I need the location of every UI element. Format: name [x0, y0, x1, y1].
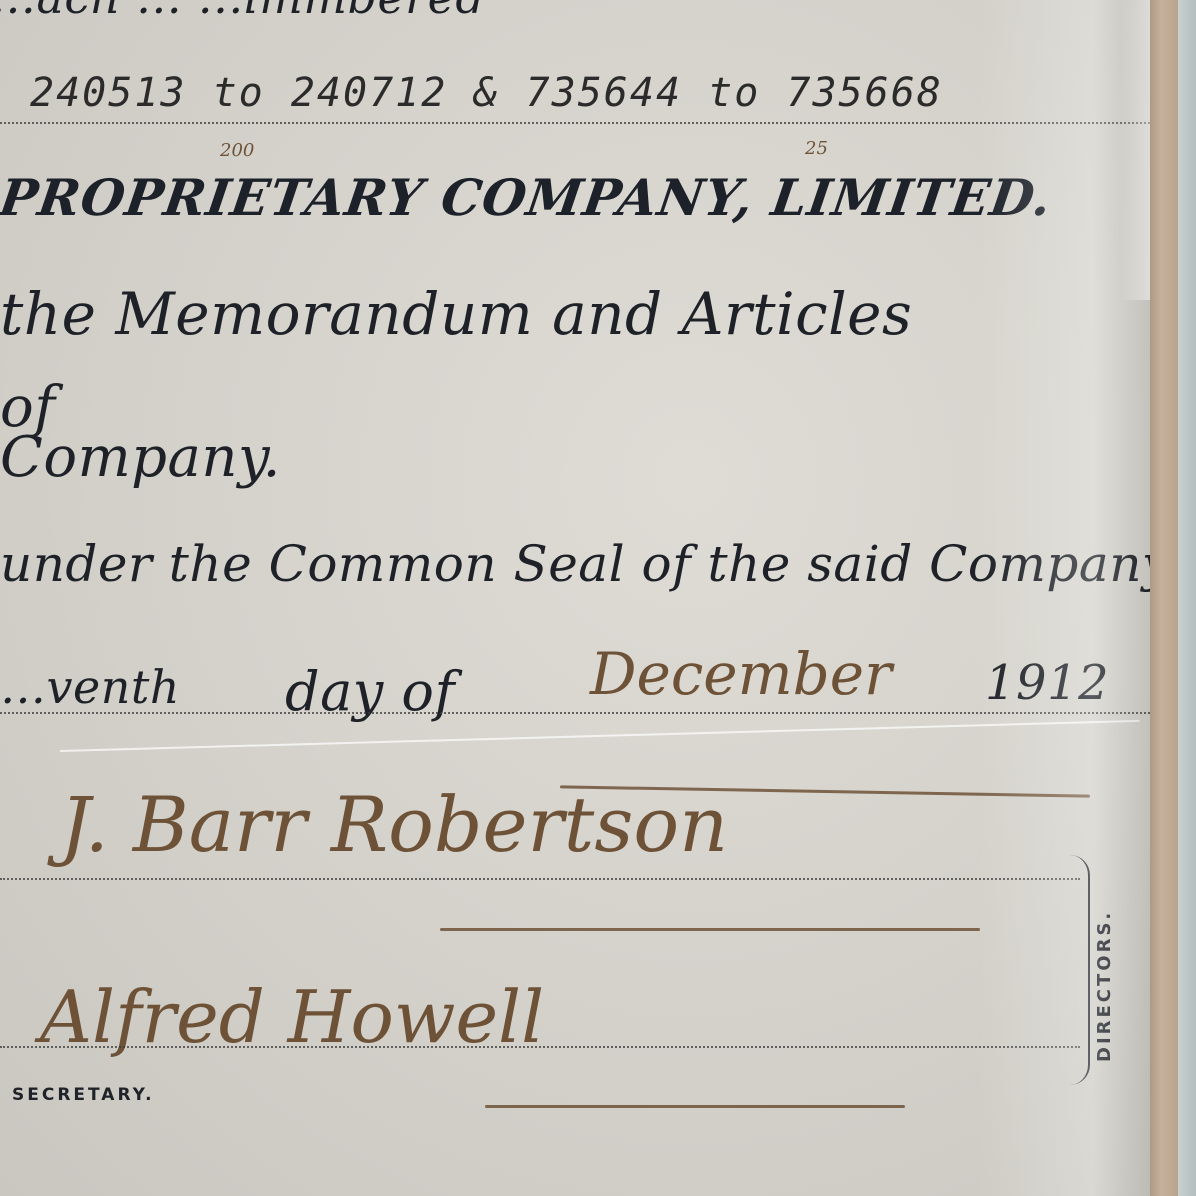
of-line: of [0, 375, 55, 440]
secretary-label: SECRETARY. [12, 1085, 155, 1105]
dotted-line-director [0, 878, 1080, 880]
date-year: 1912 [985, 655, 1109, 711]
paper-crease [60, 720, 1140, 752]
secretary-underline [485, 1105, 905, 1108]
seal-line: under the Common Seal of the said Compan… [0, 535, 1171, 593]
company-heading: PROPRIETARY COMPANY, LIMITED. [0, 168, 1056, 227]
share-numbers: 240513 to 240712 & 735644 to 735668 [30, 70, 943, 116]
frame-mat [1150, 0, 1178, 1196]
dotted-line-date [0, 712, 1150, 714]
pencil-annotation-200: 200 [220, 140, 254, 161]
signature-flourish-top [560, 785, 1090, 797]
top-fragment-text: …ach … …lmmbered [0, 0, 485, 24]
dotted-line-numbers [0, 122, 1150, 124]
signature-flourish-bottom [440, 928, 980, 931]
memorandum-line: the Memorandum and Articles [0, 280, 912, 348]
secretary-signature: Alfred Howell [40, 975, 544, 1059]
directors-brace [1070, 855, 1090, 1085]
certificate-paper: …ach … …lmmbered 240513 to 240712 & 7356… [0, 0, 1150, 1196]
directors-label: DIRECTORS. [1094, 910, 1115, 1062]
director-signature: J. Barr Robertson [60, 780, 728, 869]
frame-backing [1178, 0, 1196, 1196]
date-day-label: day of [285, 660, 455, 723]
company-line: Company. [0, 425, 281, 490]
dotted-line-secretary [0, 1046, 1080, 1048]
date-month: December [590, 640, 892, 708]
date-day: …venth [0, 660, 180, 714]
pencil-annotation-25: 25 [805, 138, 828, 159]
